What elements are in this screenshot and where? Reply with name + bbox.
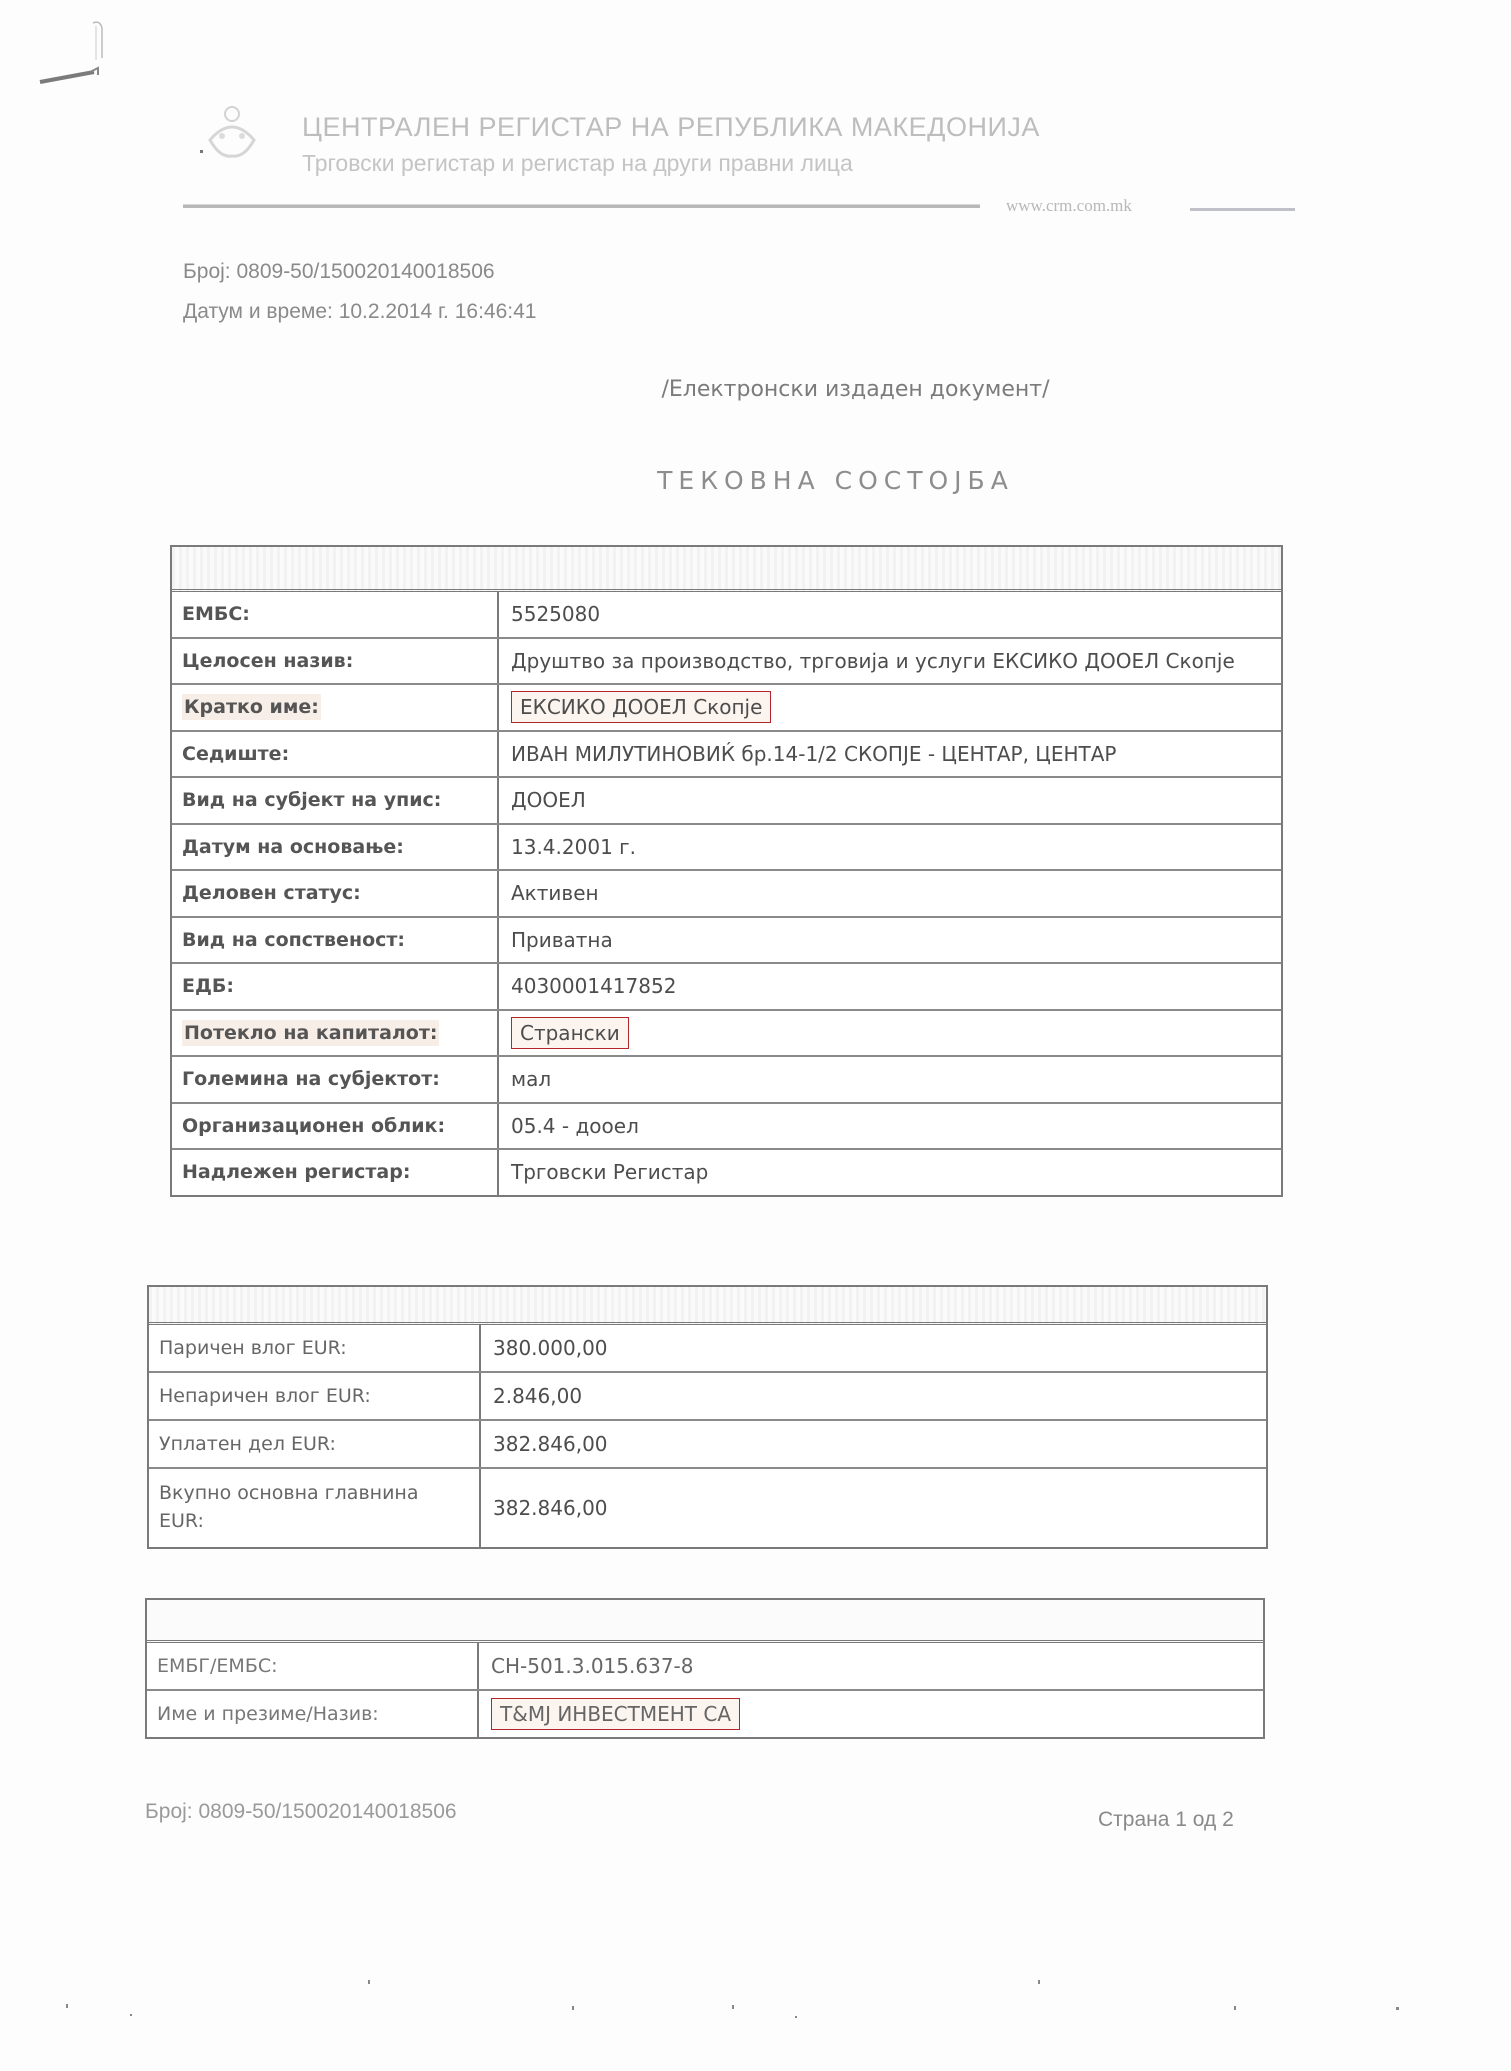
row-label-text: Потекло на капиталот: [182,1020,439,1046]
row-label-text: Уплатен дел EUR: [159,1433,336,1455]
table-row: Име и презиме/Назив:T&MJ ИНВЕСТМЕНТ СА [147,1691,1263,1737]
row-value: 13.4.2001 г. [499,825,1281,870]
row-value-text: 5525080 [511,602,600,626]
row-value: мал [499,1057,1281,1102]
table-row: Надлежен регистар:Трговски Регистар [172,1150,1281,1195]
table-row: ЕМБГ/ЕМБС:CH-501.3.015.637-8 [147,1643,1263,1691]
handwritten-mark [38,20,138,90]
table-row: Датум на основање:13.4.2001 г. [172,825,1281,872]
scan-specks [0,1960,1511,2020]
table-header-band [147,1600,1263,1643]
row-value-text: Друштво за производство, трговија и услу… [511,649,1235,673]
row-value-text: 13.4.2001 г. [511,835,636,859]
header-divider [183,204,980,208]
table-row: Деловен статус:Активен [172,871,1281,918]
row-value: 2.846,00 [481,1373,1266,1419]
highlighted-value: ЕКСИКО ДООЕЛ Скопје [511,691,771,723]
row-value: 5525080 [499,592,1281,637]
row-label-text: Непаричен влог EUR: [159,1385,371,1407]
row-value-text: Приватна [511,928,613,952]
row-label-text: Вид на субјект на упис: [182,789,441,811]
row-value-text: 05.4 - дооел [511,1114,639,1138]
row-label-text: Вид на сопственост: [182,929,405,951]
row-label-text: Паричен влог EUR: [159,1337,347,1359]
row-value-text: 382.846,00 [493,1432,608,1456]
row-value: T&MJ ИНВЕСТМЕНТ СА [479,1691,1263,1737]
table-row: Паричен влог EUR:380.000,00 [149,1325,1266,1373]
table-row: Седиште:ИВАН МИЛУТИНОВИЌ бр.14-1/2 СКОПЈ… [172,732,1281,779]
document-number: Број: 0809-50/150020140018506 [183,260,495,284]
row-value-text: ИВАН МИЛУТИНОВИЌ бр.14-1/2 СКОПЈЕ - ЦЕНТ… [511,742,1116,766]
row-label: Кратко име: [172,685,499,730]
document-datetime: Датум и време: 10.2.2014 г. 16:46:41 [183,300,536,324]
table-row: Вид на сопственост:Приватна [172,918,1281,965]
row-label: Уплатен дел EUR: [149,1421,481,1467]
table-row: Потекло на капиталот:Странски [172,1011,1281,1058]
row-value: ДООЕЛ [499,778,1281,823]
row-label: Потекло на капиталот: [172,1011,499,1056]
owner-table: ЕМБГ/ЕМБС:CH-501.3.015.637-8Име и презим… [145,1598,1265,1739]
row-value-text: мал [511,1067,551,1091]
highlighted-value: Странски [511,1017,629,1049]
row-value: ЕКСИКО ДООЕЛ Скопје [499,685,1281,730]
page-indicator: Страна 1 од 2 [1098,1808,1234,1832]
row-value: ИВАН МИЛУТИНОВИЌ бр.14-1/2 СКОПЈЕ - ЦЕНТ… [499,732,1281,777]
electronic-document-note: /Електронски издаден документ/ [0,377,1511,402]
table-row: ЕДБ:4030001417852 [172,964,1281,1011]
row-value: Приватна [499,918,1281,963]
row-label: Вид на сопственост: [172,918,499,963]
row-label: Вкупно основна главнина EUR: [149,1469,481,1547]
table-row: Уплатен дел EUR:382.846,00 [149,1421,1266,1469]
row-label: ЕМБГ/ЕМБС: [147,1643,479,1689]
table-row: Организационен облик:05.4 - дооел [172,1104,1281,1151]
row-label: Име и презиме/Назив: [147,1691,479,1737]
table-header-band [172,547,1281,592]
row-value-text: CH-501.3.015.637-8 [491,1654,693,1678]
document-title: ТЕКОВНА СОСТОЈБА [0,466,1511,495]
row-label: Целосен назив: [172,639,499,684]
capital-table: Паричен влог EUR:380.000,00Непаричен вло… [147,1285,1268,1549]
row-label-text: Надлежен регистар: [182,1161,410,1183]
coat-of-arms-icon [192,100,272,160]
row-label-text: Деловен статус: [182,882,361,904]
table-row: Непаричен влог EUR:2.846,00 [149,1373,1266,1421]
row-label-text: Организационен облик: [182,1115,445,1137]
row-label: Вид на субјект на упис: [172,778,499,823]
row-label: Големина на субјектот: [172,1057,499,1102]
row-value: 382.846,00 [481,1469,1266,1547]
row-label-text: Вкупно основна главнина EUR: [159,1480,469,1535]
row-label-text: Седиште: [182,743,289,765]
row-value-text: Активен [511,881,599,905]
row-label: Датум на основање: [172,825,499,870]
row-label: Паричен влог EUR: [149,1325,481,1371]
entity-info-table: ЕМБС:5525080Целосен назив:Друштво за про… [170,545,1283,1197]
row-label: ЕДБ: [172,964,499,1009]
table-header-band [149,1287,1266,1325]
row-value: 380.000,00 [481,1325,1266,1371]
row-label-text: ЕМБС: [182,603,250,625]
website-link[interactable]: www.crm.com.mk [1006,196,1132,216]
row-label-text: Кратко име: [182,694,321,720]
org-subtitle: Трговски регистар и регистар на други пр… [302,150,853,177]
row-label-text: Име и презиме/Назив: [157,1703,379,1725]
footer-document-number: Број: 0809-50/150020140018506 [145,1800,457,1824]
table-row: Вид на субјект на упис:ДООЕЛ [172,778,1281,825]
row-label: Деловен статус: [172,871,499,916]
row-value-text: ДООЕЛ [511,788,586,812]
table-row: ЕМБС:5525080 [172,592,1281,639]
row-value: Активен [499,871,1281,916]
row-value-text: Трговски Регистар [511,1160,708,1184]
row-value: Друштво за производство, трговија и услу… [499,639,1281,684]
table-row: Кратко име:ЕКСИКО ДООЕЛ Скопје [172,685,1281,732]
header-divider-short [1190,208,1295,211]
row-label: Организационен облик: [172,1104,499,1149]
org-title: ЦЕНТРАЛЕН РЕГИСТАР НА РЕПУБЛИКА МАКЕДОНИ… [302,112,1040,143]
row-value: 382.846,00 [481,1421,1266,1467]
row-label: Непаричен влог EUR: [149,1373,481,1419]
table-row: Целосен назив:Друштво за производство, т… [172,639,1281,686]
row-label: ЕМБС: [172,592,499,637]
row-value: 4030001417852 [499,964,1281,1009]
row-label-text: Големина на субјектот: [182,1068,440,1090]
row-value: 05.4 - дооел [499,1104,1281,1149]
row-label-text: ЕМБГ/ЕМБС: [157,1655,278,1677]
row-label: Надлежен регистар: [172,1150,499,1195]
row-label-text: Целосен назив: [182,650,353,672]
row-label-text: ЕДБ: [182,975,234,997]
row-label: Седиште: [172,732,499,777]
table-row: Големина на субјектот:мал [172,1057,1281,1104]
row-value-text: 382.846,00 [493,1496,608,1520]
highlighted-value: T&MJ ИНВЕСТМЕНТ СА [491,1698,740,1730]
row-value: Трговски Регистар [499,1150,1281,1195]
row-value-text: 380.000,00 [493,1336,608,1360]
row-label-text: Датум на основање: [182,836,404,858]
row-value-text: 4030001417852 [511,974,676,998]
row-value-text: 2.846,00 [493,1384,582,1408]
row-value: Странски [499,1011,1281,1056]
row-value: CH-501.3.015.637-8 [479,1643,1263,1689]
table-row: Вкупно основна главнина EUR:382.846,00 [149,1469,1266,1547]
